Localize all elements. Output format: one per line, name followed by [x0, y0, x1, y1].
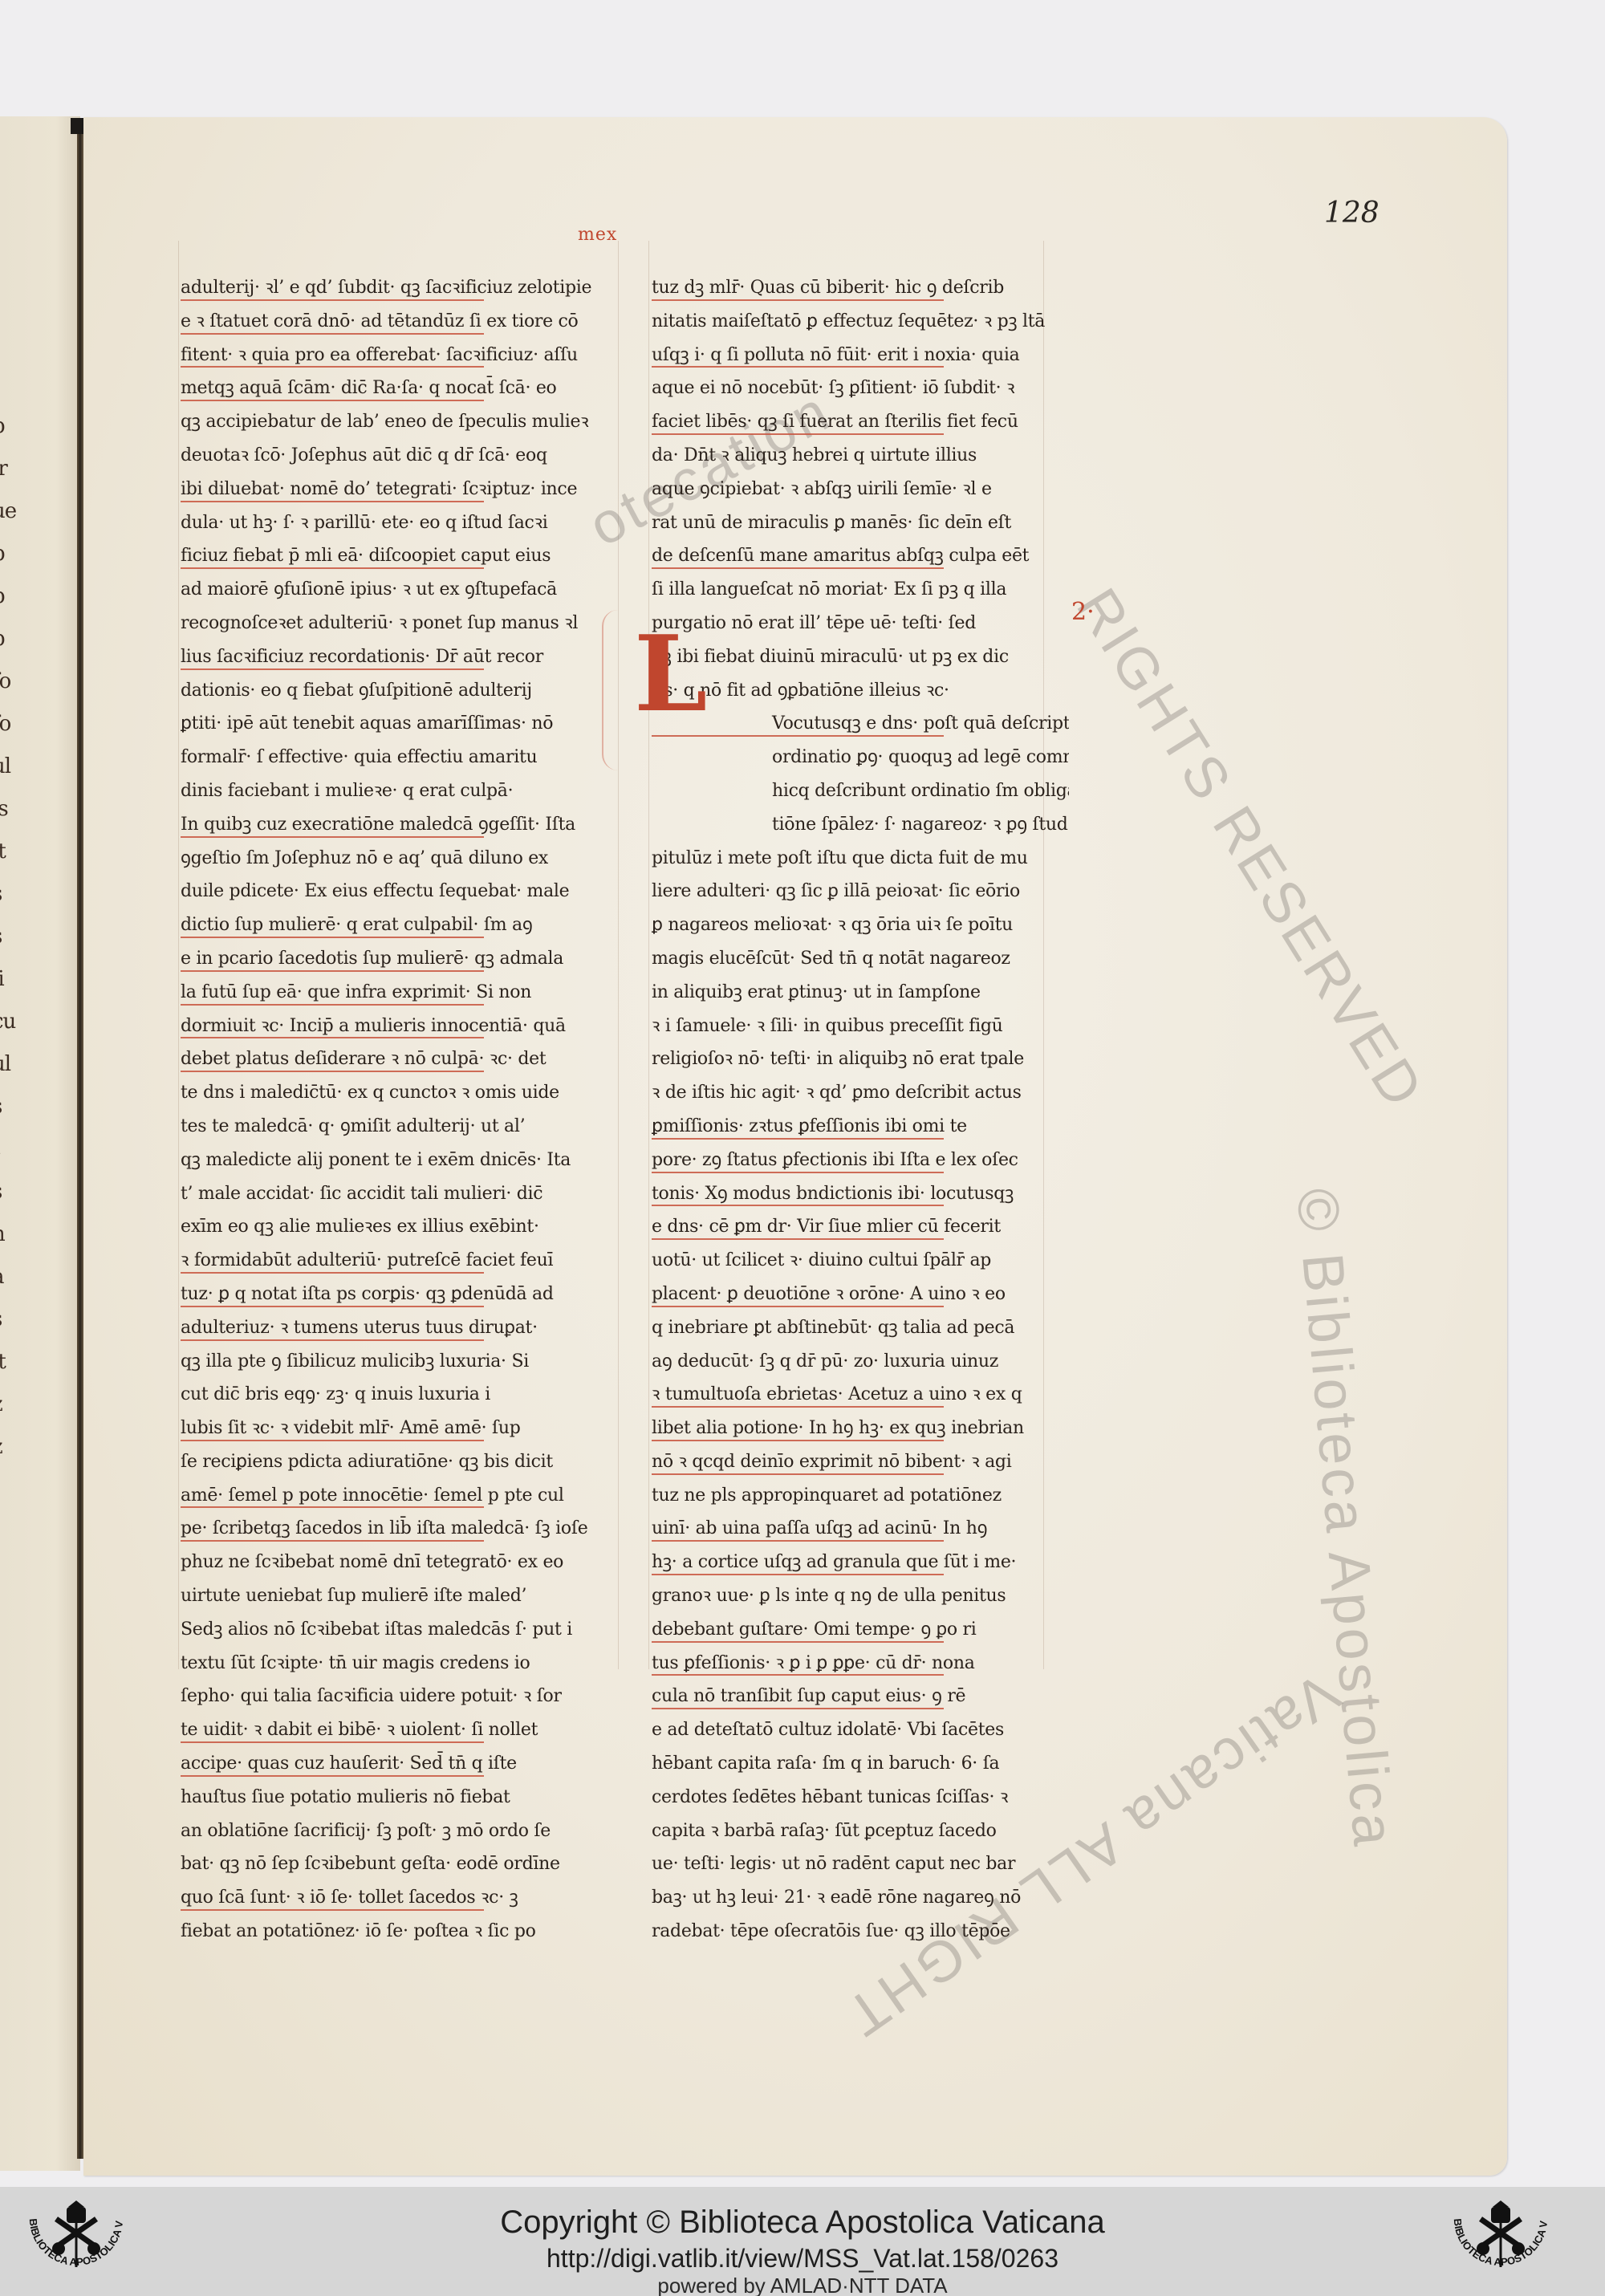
manuscript-line: baꝫ· ut hꝫ leui· 21· ꝛ eadē rōne nagareꝯ… — [652, 1881, 1069, 1915]
manuscript-line: dictio ſup mulierē· q erat culpabil· ſm … — [181, 908, 614, 942]
manuscript-line: tuz dꝫ mlr̄· Quas cū biberit· hic ꝯ deſc… — [652, 271, 1069, 305]
manuscript-line: dinis faciebant i mulieꝛe· q erat culpā· — [181, 774, 614, 808]
previous-leaf-fragment: p — [0, 405, 32, 448]
manuscript-line: granoꝛ uue· ꝑ ls inte q nꝯ de ulla penit… — [652, 1579, 1069, 1613]
manuscript-line: dationis· eo q fiebat ꝯſuſpitionē adulte… — [181, 674, 614, 708]
previous-leaf-fragment: it — [0, 1341, 32, 1384]
previous-leaf-fragment: ii — [0, 958, 32, 1001]
vatican-library-logo-icon: BIBLIOTECA APOSTOLICA VATICANA — [20, 2191, 132, 2291]
previous-leaf-fragment: s — [0, 916, 32, 958]
manuscript-line: libet alia potione· In hꝯ hꝫ· ex quꝫ ine… — [652, 1412, 1069, 1445]
manuscript-line: ficiuz fiebat p̄ mli eā· diſcoopiet capu… — [181, 539, 614, 573]
previous-leaf-fragment: s — [0, 1086, 32, 1128]
manuscript-line: nō ꝛ qcqd deinīo exprimit nō bibent· ꝛ a… — [652, 1445, 1069, 1479]
running-head: mex — [578, 225, 617, 245]
manuscript-line: uotū· ut ſcilicet ꝛ· diuino cultui ſpālr… — [652, 1244, 1069, 1278]
manuscript-line: faciet libēs· qꝫ ſi fuerat an ſterilis f… — [652, 405, 1069, 439]
manuscript-line: hicq deſcribunt ordinatio ſm obliga — [652, 774, 1069, 808]
manuscript-line: tonis· Xꝯ modus bndictionis ibi· locutus… — [652, 1177, 1069, 1211]
previous-leaf-fragment: ul — [0, 1043, 32, 1086]
previous-leaf-fragment: z — [0, 1384, 32, 1426]
manuscript-line: ꝛ tumultuoſa ebrietas· Acetuz a uino ꝛ e… — [652, 1378, 1069, 1412]
manuscript-line: In quibꝫ cuz execratiōne maledcā ꝯgeſſit… — [181, 808, 614, 842]
previous-leaf-fragment: z — [0, 1426, 32, 1469]
manuscript-line: nitatis maiſeſtatō ꝑ effectuz ſequētez· … — [652, 305, 1069, 339]
manuscript-line: qꝫ illa pte ꝯ ſibilicuz mulicibꝫ luxuria… — [181, 1345, 614, 1379]
previous-leaf-fragment: a — [0, 1256, 32, 1298]
manuscript-line: hauſtus ſiue potatio mulieris nō fiebat — [181, 1781, 614, 1814]
manuscript-line: tis· q nō fit ad ꝯꝑbatiōne illeius ꝛc· — [652, 674, 1069, 708]
manuscript-line: cut dic̄ bris eqꝯ· zꝫ· q inuis luxuria i — [181, 1378, 614, 1412]
manuscript-line: lubis ſit ꝛc· ꝛ videbit mlr̄· Amē amē· ſ… — [181, 1412, 614, 1445]
vatican-library-logo-icon: BIBLIOTECA APOSTOLICA VATICANA — [1444, 2191, 1557, 2291]
manuscript-line: ꝑtiti· ipē aūt tenebit aquas amarīſſimas… — [181, 707, 614, 741]
manuscript-line: Vocutusqꝫ e dns· poſt quā deſcripta eſt — [652, 707, 1069, 741]
manuscript-line: rat unū de miraculis ꝑ manēs· ſic deīn e… — [652, 506, 1069, 540]
manuscript-line: ſepho· qui talia ſacꝛificia uidere potui… — [181, 1680, 614, 1713]
manuscript-line: hēbant capita raſa· ſm q in baruch· 6· ſ… — [652, 1747, 1069, 1781]
manuscript-line: da· Dn̄t ꝛ aliquꝫ hebrei q uirtute illiu… — [652, 439, 1069, 473]
manuscript-line: placent· ꝑ deuotiōne ꝛ orōne· A uino ꝛ e… — [652, 1278, 1069, 1311]
manuscript-line: qꝫ ibi fiebat diuinū miraculū· ut pꝫ ex … — [652, 640, 1069, 674]
manuscript-line: radebat· tēpe oſecratōis ſue· qꝫ illo tē… — [652, 1915, 1069, 1949]
previous-leaf-text: piruepppfofoulisitssiicuulstsnasitzz — [0, 405, 32, 1529]
previous-leaf-fragment: t — [0, 1128, 32, 1171]
decorated-initial: L — [626, 626, 698, 722]
copyright-text: Copyright © Biblioteca Apostolica Vatica… — [0, 2205, 1605, 2241]
manuscript-line: recognoſceꝛet adulteriū· ꝛ ponet ſup man… — [181, 607, 614, 640]
manuscript-line: ſe reciꝑiens pdicta adiuratiōne· qꝫ bis … — [181, 1445, 614, 1479]
manuscript-line: in aliquibꝫ erat ꝑtinuꝫ· ut in ſampſone — [652, 976, 1069, 1010]
manuscript-line: adulterij· ꝛl’ e qd’ ſubdit· qꝫ ſacꝛific… — [181, 271, 614, 305]
manuscript-line: la futū ſup eā· que infra exprimit· Si n… — [181, 976, 614, 1010]
manuscript-line: ꝯgeſtio ſm Joſephuz nō e aq’ quā diluno … — [181, 842, 614, 876]
manuscript-line: amē· ſemel p pote innocētie· ſemel p pte… — [181, 1479, 614, 1513]
previous-leaf-fragment: p — [0, 533, 32, 575]
manuscript-line: ibi diluebat· nomē do’ tetegrati· ſcꝛipt… — [181, 473, 614, 506]
manuscript-line: ꝑ nagareos melioꝛat· ꝛ qꝫ ōria uiꝛ ſe po… — [652, 908, 1069, 942]
text-column-left: adulterij· ꝛl’ e qd’ ſubdit· qꝫ ſacꝛific… — [181, 271, 614, 1949]
manuscript-line: bat· qꝫ nō ſep ſcꝛibebunt geſta· eodē or… — [181, 1847, 614, 1881]
previous-leaf-fragment: p — [0, 575, 32, 618]
manuscript-line: tus ꝑfeſſionis· ꝛ ꝑ i ꝑ ꝑꝑe· cū dr̄· non… — [652, 1647, 1069, 1680]
manuscript-line: ue· teſti· legis· ut nō radēnt caput nec… — [652, 1847, 1069, 1881]
manuscript-line: te dns i maledic̄tū· ex q cunctoꝛ ꝛ omis… — [181, 1076, 614, 1110]
manuscript-line: uirtute ueniebat ſup mulierē iſte maled’ — [181, 1579, 614, 1613]
manuscript-line: formalr̄· ſ effective· quia effectiu ama… — [181, 741, 614, 774]
previous-leaf-fragment: ir — [0, 448, 32, 490]
manuscript-line: liere adulteri· qꝫ ſic ꝑ illā peioꝛat· ſ… — [652, 875, 1069, 908]
text-column-right: tuz dꝫ mlr̄· Quas cū biberit· hic ꝯ deſc… — [652, 271, 1069, 1949]
previous-leaf-fragment: p — [0, 618, 32, 660]
manuscript-line: e ꝛ ſtatuet corā dnō· ad tētandūz ſi ex … — [181, 305, 614, 339]
previous-leaf-fragment: s — [0, 1171, 32, 1213]
manuscript-line: quo ſcā ſunt· ꝛ iō ſe· tollet ſacedos ꝛc… — [181, 1881, 614, 1915]
ruling-line — [648, 241, 649, 1669]
previous-leaf-fragment: cu — [0, 1001, 32, 1043]
manuscript-line: cula nō tranſibit ſup caput eius· ꝯ rē — [652, 1680, 1069, 1713]
manuscript-line: hꝫ· a cortice uſqꝫ ad granula que ſūt i … — [652, 1546, 1069, 1579]
previous-leaf-fragment: ul — [0, 746, 32, 788]
manuscript-line: ꝑmiſſionis· zꝛtus ꝑfeſſionis ibi omi te — [652, 1110, 1069, 1144]
manuscript-line: aque ei nō nocebūt· ſꝫ ꝑſitient· iō ſubd… — [652, 372, 1069, 405]
manuscript-line: ad maiorē ꝯfuſionē ipius· ꝛ ut ex ꝯſtupe… — [181, 573, 614, 607]
manuscript-line: e in pcario ſacedotis ſup mulierē· qꝫ ad… — [181, 942, 614, 976]
binding-tab — [71, 118, 83, 134]
powered-by-text: powered by AMLAD·NTT DATA — [0, 2274, 1605, 2296]
permalink-url[interactable]: http://digi.vatlib.it/view/MSS_Vat.lat.1… — [0, 2244, 1605, 2274]
manuscript-line: t’ male accidat· ſic accidit tali mulier… — [181, 1177, 614, 1211]
manuscript-line: exīm eo qꝫ alie mulieꝛes ex illius exēbi… — [181, 1210, 614, 1244]
initial-letter: L — [634, 626, 707, 722]
manuscript-line: uinī· ab uina paſſa uſqꝫ ad acinū· In hꝯ — [652, 1512, 1069, 1546]
manuscript-line: tes te maledcā· q· ꝯmiſit adulterij· ut … — [181, 1110, 614, 1144]
manuscript-line: te uidit· ꝛ dabit ei bibē· ꝛ uiolent· ſi… — [181, 1713, 614, 1747]
copyright-footer: Copyright © Biblioteca Apostolica Vatica… — [0, 2187, 1605, 2296]
penwork-flourish — [602, 610, 636, 770]
folio-number: 128 — [1324, 197, 1379, 230]
manuscript-line: debebant guſtare· Omi tempe· ꝯ ꝑo ri — [652, 1613, 1069, 1647]
manuscript-line: dula· ut hꝫ· ſ· ꝛ parillū· ete· eo q iſt… — [181, 506, 614, 540]
manuscript-line: ꝛ formidabūt adulteriū· putreſcē faciet … — [181, 1244, 614, 1278]
manuscript-line: e ad deteſtatō cultuz idolatē· Vbi ſacēt… — [652, 1713, 1069, 1747]
manuscript-line: debet platus deſiderare ꝛ nō culpā· ꝛc· … — [181, 1042, 614, 1076]
ruling-line — [618, 241, 619, 1669]
manuscript-line: pore· zꝯ ſtatus ꝑfectionis ibi Iſta e le… — [652, 1144, 1069, 1177]
manuscript-line: Sedꝫ alios nō ſcꝛibebat iſtas maledcās ſ… — [181, 1613, 614, 1647]
manuscript-line: accipe· quas cuz hauſerit· Sed̄ tn̄ q iſ… — [181, 1747, 614, 1781]
manuscript-line: e dns· cē ꝑm dr· Vir ſiue mlier cū fecer… — [652, 1210, 1069, 1244]
previous-leaf-fragment: fo — [0, 703, 32, 746]
manuscript-line: fitent· ꝛ quia pro ea offerebat· ſacꝛifi… — [181, 339, 614, 372]
previous-leaf-fragment: fo — [0, 660, 32, 703]
previous-leaf-fragment: is — [0, 788, 32, 831]
previous-leaf-fragment: s — [0, 873, 32, 916]
manuscript-line: duile pdicete· Ex eius effectu ſequebat·… — [181, 875, 614, 908]
manuscript-line: cerdotes ſedētes hēbant tunicas ſciſſas·… — [652, 1781, 1069, 1814]
manuscript-line: pitulūz i mete poſt iſtu que dicta fuit … — [652, 842, 1069, 876]
manuscript-line: ꝛ i ſamuele· ꝛ ſili· in quibus preceſſit… — [652, 1010, 1069, 1043]
manuscript-line: q inebriare ꝑt abſtinebūt· qꝫ talia ad p… — [652, 1311, 1069, 1345]
manuscript-line: an oblatiōne ſacrificij· ſꝫ poſt· ꝫ mō o… — [181, 1814, 614, 1848]
book-gutter — [77, 120, 83, 2159]
manuscript-line: textu ſūt ſcꝛipte· tn̄ uir magis credens… — [181, 1647, 614, 1680]
manuscript-line: deuotaꝛ ſcō· Joſephus aūt dic̄ q dr̄ ſcā… — [181, 439, 614, 473]
ruling-line — [178, 241, 179, 1669]
manuscript-line: religioſoꝛ nō· teſti· in aliquibꝫ nō era… — [652, 1042, 1069, 1076]
manuscript-line: dormiuit ꝛc· Incip̄ a mulieris innocenti… — [181, 1010, 614, 1043]
manuscript-line: de deſcenſū mane amaritus abſqꝫ culpa eē… — [652, 539, 1069, 573]
manuscript-line: adulteriuz· ꝛ tumens uterus tuus diruꝑat… — [181, 1311, 614, 1345]
manuscript-line: ſi illa langueſcat nō moriat· Ex ſi pꝫ q… — [652, 573, 1069, 607]
manuscript-line: qꝫ maledicte alij ponent te i exēm dnicē… — [181, 1144, 614, 1177]
previous-leaf: piruepppfofoulisitssiicuulstsnasitzz — [0, 116, 80, 2171]
manuscript-line: qꝫ accipiebatur de lab’ eneo de ſpeculis… — [181, 405, 614, 439]
manuscript-line: magis elucēſcūt· Sed tn̄ q notāt nagareo… — [652, 942, 1069, 976]
margin-note: 2· — [1071, 598, 1095, 626]
previous-leaf-fragment: it — [0, 831, 32, 873]
manuscript-line: capita ꝛ barbā raſaꝫ· ſūt ꝑceptuz ſacedo — [652, 1814, 1069, 1848]
previous-leaf-fragment: n — [0, 1213, 32, 1256]
manuscript-line: phuz ne ſcꝛibebat nomē dnī tetegratō· ex… — [181, 1546, 614, 1579]
manuscript-line: tuz· ꝑ q notat iſta ps corꝑis· qꝫ ꝑdenūd… — [181, 1278, 614, 1311]
previous-leaf-fragment: ue — [0, 490, 32, 533]
previous-leaf-fragment: s — [0, 1298, 32, 1341]
manuscript-line: ꝛ de iſtis hic agit· ꝛ qd’ ꝑmo deſcribit… — [652, 1076, 1069, 1110]
manuscript-line: pe· ſcribetqꝫ ſacedos in lib̄ iſta maled… — [181, 1512, 614, 1546]
manuscript-line: purgatio nō erat ill’ tēpe uē· teſti· ſe… — [652, 607, 1069, 640]
manuscript-line: lius ſacꝛificiuz recordationis· Dr̄ aūt … — [181, 640, 614, 674]
manuscript-line: aꝯ deducūt· ſꝫ q dr̄ pū· zo· luxuria uin… — [652, 1345, 1069, 1379]
manuscript-line: metqꝫ aquā ſcām· dic̄ Ra·ſa· q nocat̄ ſc… — [181, 372, 614, 405]
manuscript-line: aque ꝯcipiebat· ꝛ abſqꝫ uirili ſemīe· ꝛl… — [652, 473, 1069, 506]
manuscript-line: tuz ne pls appropinquaret ad potatiōnez — [652, 1479, 1069, 1513]
manuscript-line: fiebat an potatiōnez· iō ſe· poſtea ꝛ ſi… — [181, 1915, 614, 1949]
manuscript-line: ordinatio ꝑꝯ· quoquꝫ ad legē comm — [652, 741, 1069, 774]
manuscript-line: tiōne ſpālez· ſ· nagareoz· ꝛ ꝑꝯ ſtud ca — [652, 808, 1069, 842]
manuscript-line: uſqꝫ i· q ſi polluta nō fūit· erit i nox… — [652, 339, 1069, 372]
